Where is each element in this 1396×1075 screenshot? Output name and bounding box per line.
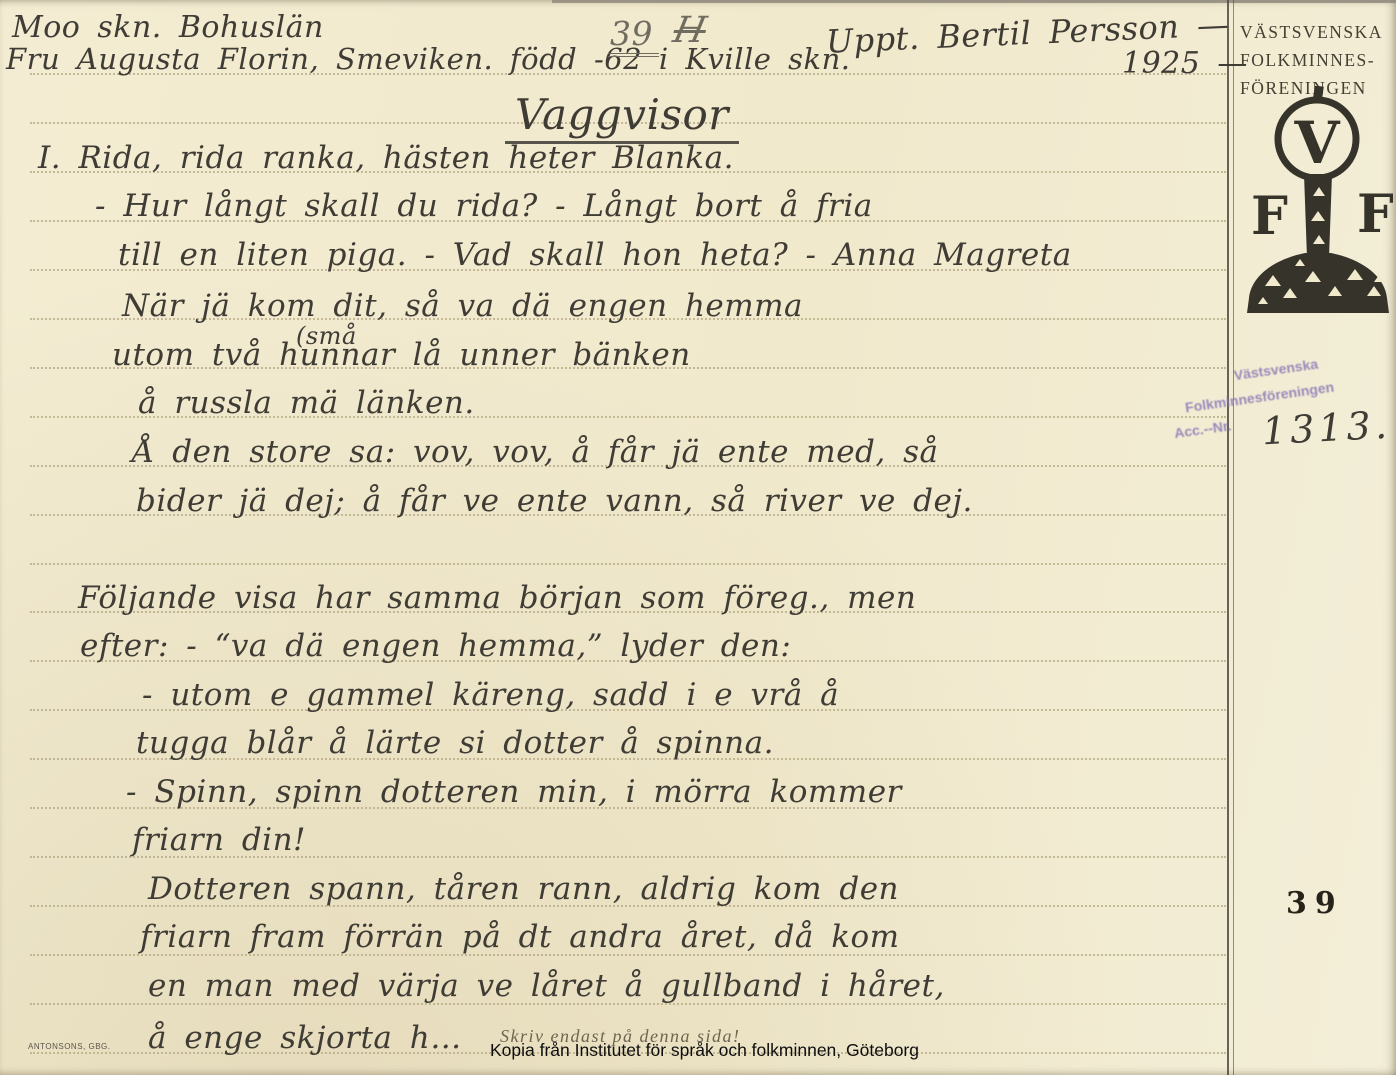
manuscript-line: å russla mä länken. [138,385,475,421]
manuscript-line: Följande visa har samma början som föreg… [78,580,916,616]
page-title: Vaggvisor [505,90,739,144]
ruled-line [30,563,1226,565]
printer-credit: ANTONSONS, GBG. [28,1042,110,1051]
manuscript-line: - utom e gammel käreng, sadd i e vrå å [142,677,839,713]
manuscript-line: utom två hunnar lå unner bänken [112,337,691,373]
org-name-line: FOLKMINNES- [1240,46,1392,74]
logo-letter-f-left: F [1251,186,1288,247]
manuscript-line: Å den store sa: vov, vov, å får jä ente … [132,434,939,470]
informant-line: Fru Augusta Florin, Smeviken. född -62 i… [6,42,850,76]
margin-rule-inner [1233,0,1234,1075]
page-number: 39 [1286,886,1344,921]
manuscript-line: - Hur långt skall du rida? - Långt bort … [95,188,873,224]
manuscript-line: - Spinn, spinn dotteren min, i mörra kom… [126,774,902,810]
accession-number: 1313. [1261,403,1392,454]
logo-letter-v: V [1293,109,1340,177]
scan-top-edge [552,0,1396,3]
manuscript-line: friarn din! [132,822,306,858]
manuscript-line: efter: - “va dä engen hemma,” lyder den: [80,628,791,664]
manuscript-line: När jä kom dit, så va dä engen hemma [122,288,803,324]
copy-source-caption: Kopia från Institutet för språk och folk… [490,1040,919,1061]
manuscript-line: I. Rida, rida ranka, hästen heter Blanka… [38,140,734,176]
thors-hammer-vff-logo-icon: V F F [1243,86,1393,314]
manuscript-line: tugga blår å lärte si dotter å spinna. [136,725,774,761]
manuscript-line: Dotteren spann, tåren rann, aldrig kom d… [148,871,899,907]
manuscript-line: till en liten piga. - Vad skall hon heta… [118,237,1072,273]
manuscript-line: bider jä dej; å får ve ente vann, så riv… [136,483,973,519]
manuscript-line: å enge skjorta h… [148,1020,462,1056]
manuscript-line: friarn fram förrän på dt andra året, då … [140,919,900,955]
org-name-line: VÄSTSVENSKA [1240,18,1392,46]
manuscript-line: en man med värja ve låret å gullband i h… [148,968,945,1004]
logo-letter-f-right: F [1357,184,1393,245]
archive-number-pencil: 39 [608,14,659,57]
margin-rule-outer [1227,0,1229,1075]
archive-card: Moo skn. Bohuslän Fru Augusta Florin, Sm… [0,0,1396,1075]
year-note: 1925 — [1122,46,1248,81]
region-heading: Moo skn. Bohuslän [12,10,324,45]
